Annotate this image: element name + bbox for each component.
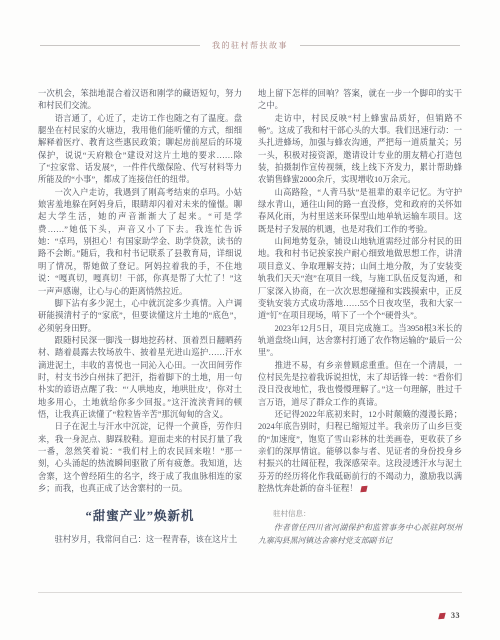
end-of-article-mark xyxy=(360,485,367,491)
paragraph: 一次入户走访，我遇到了刚高考结束的卓玛。小姑娘害羞地躲在阿妈身后，眼睛却闪着对未… xyxy=(38,187,242,298)
running-head-rule-left xyxy=(40,45,200,46)
paragraph: 日子在泥土与汗水中沉淀，记得一个黄昏，劳作归来，我一身泥点、脚踩胶鞋。迎面走来的… xyxy=(38,421,242,495)
footnote-label: 驻村信息： xyxy=(258,508,462,520)
right-column: 地上留下怎样的回响？答案，就在一步一个脚印的实干之中。 走访中，村民反映“村上蜂… xyxy=(258,88,462,547)
paragraph: 山间地势复杂，铺设山地轨道需经过部分村民的田地。我和村书记挨家挨户耐心细致地做思… xyxy=(258,236,462,322)
paragraph: 山高路险，“人背马驮”是祖辈的艰辛记忆。为守护绿水青山，通往山间的路一直没修，党… xyxy=(258,187,462,236)
paragraph: 跟随村民深一脚浅一脚地挖药材、顶着烈日翻晒药材、踏着晨露去牧场放牛、披着星光进山… xyxy=(38,335,242,421)
magazine-page: 我的驻村帮扶故事 一次机会，笨拙地混合着汉语和刚学的藏语短句，努力和村民们交流。… xyxy=(0,0,500,640)
running-head-rule-right xyxy=(300,45,460,46)
footnote-text: 作者曾任四川省河湖保护和监管事务中心派驻阿坝州九寨沟县黑河镇达舍寨村党支部副书记 xyxy=(258,521,462,547)
paragraph: 驻村岁月，我常问自己：这一程青春，该在这片土 xyxy=(38,534,242,546)
left-column: 一次机会，笨拙地混合着汉语和刚学的藏语短句，努力和村民们交流。 语言通了，心近了… xyxy=(38,88,242,547)
bottom-rule xyxy=(38,592,462,593)
paragraph: 语言通了，心近了，走访工作也随之有了温度。盘腿坐在村民家的火塘边，我用他们能听懂… xyxy=(38,113,242,187)
page-number: 33 xyxy=(451,611,460,620)
paragraph: 地上留下怎样的回响？答案，就在一步一个脚印的实干之中。 xyxy=(258,88,462,113)
article-body: 一次机会，笨拙地混合着汉语和刚学的藏语短句，努力和村民们交流。 语言通了，心近了… xyxy=(38,88,462,547)
paragraph: 脚下沾有多少泥土，心中就沉淀多少真情。入户调研能摸清村子的“家底”，但要读懂这片… xyxy=(38,298,242,335)
page-footer: 33 xyxy=(439,611,460,620)
paragraph: 推进不易，有乡亲曾顾虑重重。但在一个清晨，一位村民先是拉着我诉说担忧，末了却话锋… xyxy=(258,360,462,409)
paragraph-text: 还记得2022年底初来时，12小时颠簸的漫漫长路；2024年底告别时，归程已缩短… xyxy=(258,410,462,493)
running-head-title: 我的驻村帮扶故事 xyxy=(212,40,288,51)
paragraph: 还记得2022年底初来时，12小时颠簸的漫漫长路；2024年底告别时，归程已缩短… xyxy=(258,409,462,495)
paragraph: 2023年12月5日，项目完成施工。当3958根3米长的轨道盘绕山间，达舍寨村打… xyxy=(258,323,462,360)
footnote: 驻村信息： 作者曾任四川省河湖保护和监管事务中心派驻阿坝州九寨沟县黑河镇达舍寨村… xyxy=(258,508,462,546)
running-head: 我的驻村帮扶故事 xyxy=(40,40,460,51)
folio-marker-icon xyxy=(438,612,445,618)
paragraph: 走访中，村民反映“村上蜂蜜品质好，但销路不畅”。这成了我和村干部心头的大事。我们… xyxy=(258,113,462,187)
paragraph: 一次机会，笨拙地混合着汉语和刚学的藏语短句，努力和村民们交流。 xyxy=(38,88,242,113)
section-heading: “甜蜜产业”焕新机 xyxy=(38,510,242,522)
